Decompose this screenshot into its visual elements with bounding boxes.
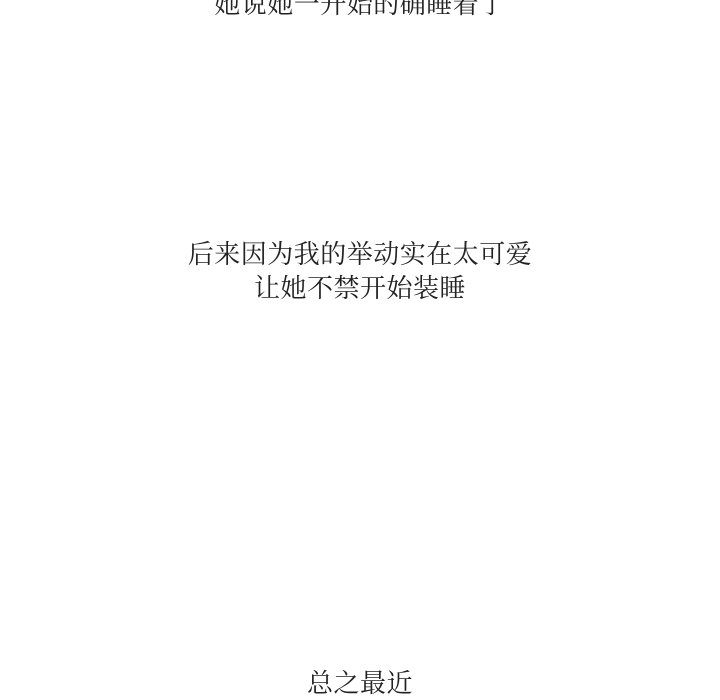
webtoon-page: 她说她一开始的确睡着了 后来因为我的举动实在太可爱 让她不禁开始装睡 总之最近 xyxy=(0,0,720,700)
caption-middle-line1: 后来因为我的举动实在太可爱 xyxy=(0,238,720,272)
caption-bottom: 总之最近 xyxy=(0,670,720,698)
caption-top: 她说她一开始的确睡着了 xyxy=(0,0,720,18)
caption-middle-block: 后来因为我的举动实在太可爱 让她不禁开始装睡 xyxy=(0,238,720,306)
caption-middle-line2: 让她不禁开始装睡 xyxy=(0,272,720,306)
